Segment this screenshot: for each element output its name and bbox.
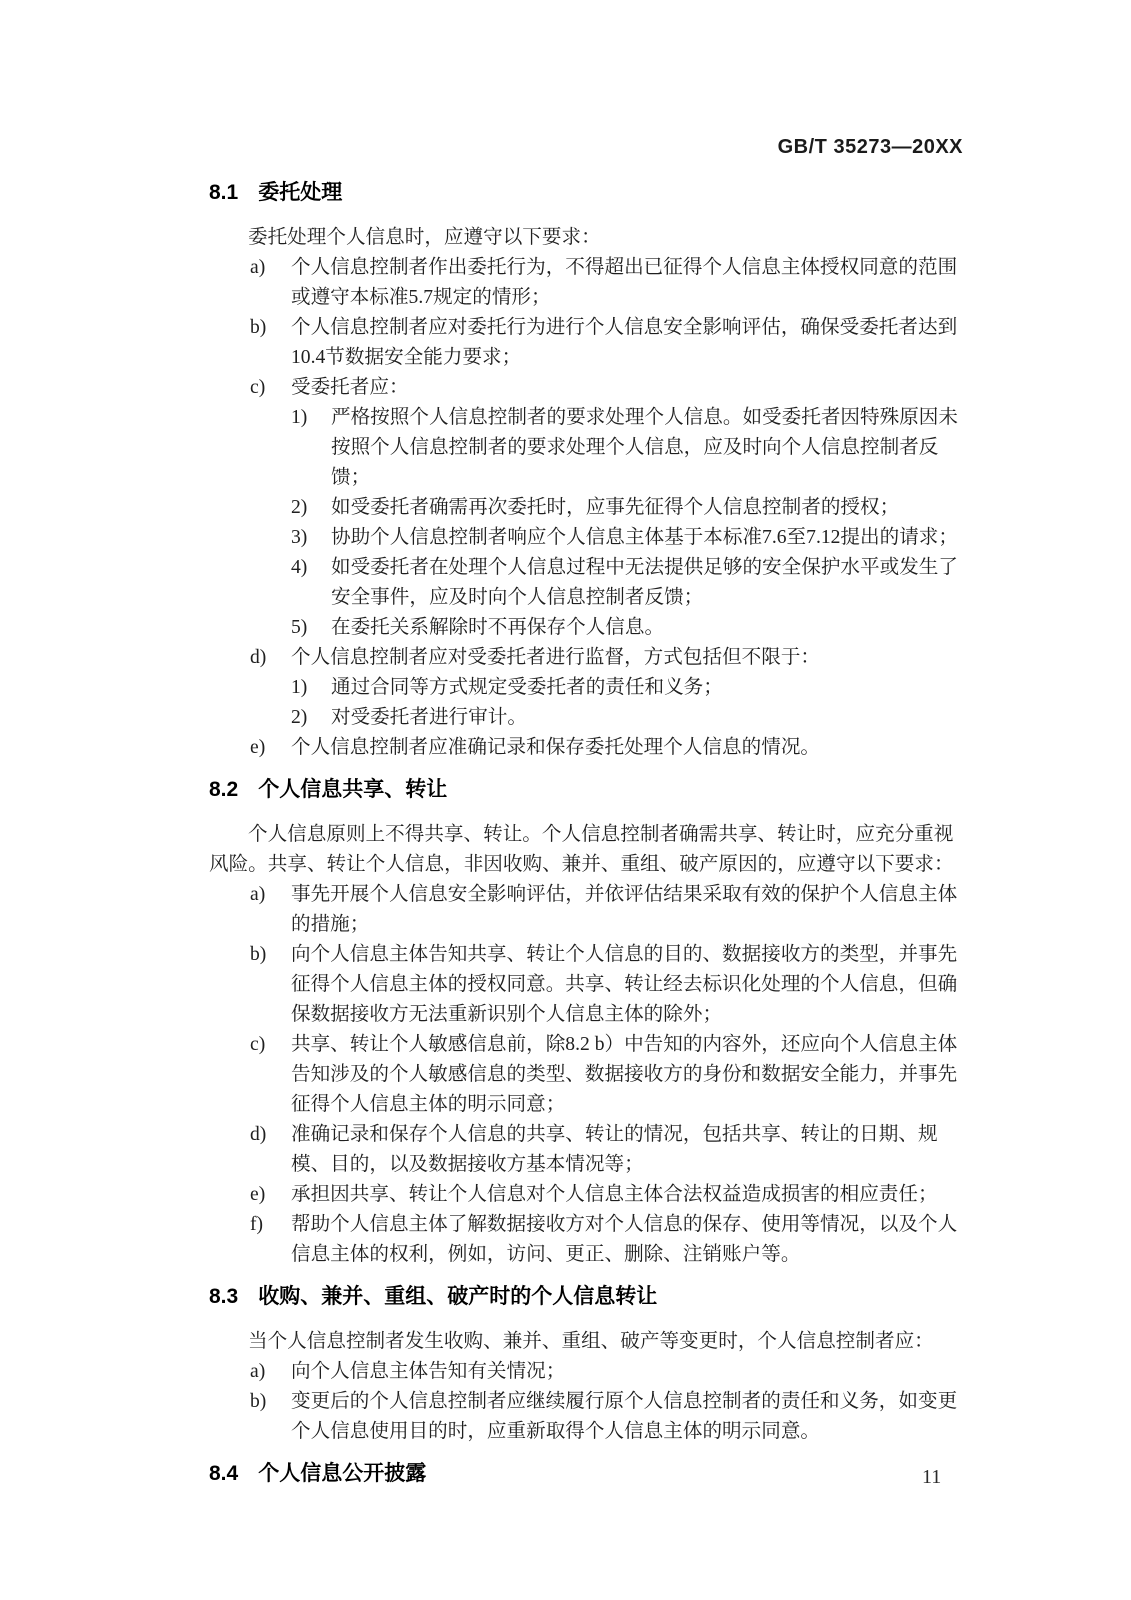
section-number: 8.2 bbox=[209, 775, 238, 805]
list-item-text: 向个人信息主体告知共享、转让个人信息的目的、数据接收方的类型，并事先征得个人信息… bbox=[291, 944, 957, 1025]
list-item-label: b) bbox=[250, 313, 266, 343]
list-item-label: c) bbox=[250, 373, 265, 403]
list-item: a) 向个人信息主体告知有关情况； bbox=[209, 1357, 962, 1387]
section-8-2: 8.2个人信息共享、转让 个人信息原则上不得共享、转让。个人信息控制者确需共享、… bbox=[209, 775, 962, 1270]
list-item: d) 准确记录和保存个人信息的共享、转让的情况，包括共享、转让的日期、规模、目的… bbox=[209, 1120, 962, 1180]
sub-list-item: 5) 在委托关系解除时不再保存个人信息。 bbox=[209, 613, 962, 643]
sub-list-item: 1) 通过合同等方式规定受委托者的责任和义务； bbox=[209, 673, 962, 703]
list-item-text: 承担因共享、转让个人信息对个人信息主体合法权益造成损害的相应责任； bbox=[291, 1184, 938, 1205]
sub-item-text: 如受委托者在处理个人信息过程中无法提供足够的安全保护水平或发生了安全事件，应及时… bbox=[331, 557, 958, 608]
list-item-label: c) bbox=[250, 1030, 265, 1060]
list-item: e) 承担因共享、转让个人信息对个人信息主体合法权益造成损害的相应责任； bbox=[209, 1180, 962, 1210]
section-8-4: 8.4个人信息公开披露 bbox=[209, 1459, 962, 1489]
sub-list-item: 3) 协助个人信息控制者响应个人信息主体基于本标准7.6至7.12提出的请求； bbox=[209, 523, 962, 553]
document-page: GB/T 35273—20XX 8.1委托处理 委托处理个人信息时，应遵守以下要… bbox=[0, 0, 1131, 1600]
section-8-1: 8.1委托处理 委托处理个人信息时，应遵守以下要求： a) 个人信息控制者作出委… bbox=[209, 178, 962, 763]
section-number: 8.3 bbox=[209, 1282, 238, 1312]
list-item-label: a) bbox=[250, 253, 265, 283]
sub-item-label: 2) bbox=[291, 703, 307, 733]
sub-list-item: 4) 如受委托者在处理个人信息过程中无法提供足够的安全保护水平或发生了安全事件，… bbox=[209, 553, 962, 613]
list-item-text: 个人信息控制者应对委托行为进行个人信息安全影响评估，确保受委托者达到10.4节数… bbox=[291, 317, 957, 368]
list-item: d) 个人信息控制者应对受委托者进行监督，方式包括但不限于： bbox=[209, 643, 962, 673]
section-heading: 8.4个人信息公开披露 bbox=[209, 1459, 962, 1489]
list-item-label: d) bbox=[250, 643, 266, 673]
section-heading: 8.1委托处理 bbox=[209, 178, 962, 208]
list-item-text: 帮助个人信息主体了解数据接收方对个人信息的保存、使用等情况，以及个人信息主体的权… bbox=[291, 1214, 957, 1265]
section-intro: 委托处理个人信息时，应遵守以下要求： bbox=[209, 223, 962, 253]
sub-item-label: 1) bbox=[291, 673, 307, 703]
sub-item-label: 3) bbox=[291, 523, 307, 553]
sub-item-label: 2) bbox=[291, 493, 307, 523]
list-item: c) 共享、转让个人敏感信息前，除8.2 b）中告知的内容外，还应向个人信息主体… bbox=[209, 1030, 962, 1120]
sub-item-label: 5) bbox=[291, 613, 307, 643]
sub-item-label: 1) bbox=[291, 403, 307, 433]
list-item-text: 受委托者应： bbox=[291, 377, 409, 398]
sub-list-item: 1) 严格按照个人信息控制者的要求处理个人信息。如受委托者因特殊原因未按照个人信… bbox=[209, 403, 962, 493]
list-item: f) 帮助个人信息主体了解数据接收方对个人信息的保存、使用等情况，以及个人信息主… bbox=[209, 1210, 962, 1270]
sub-list-item: 2) 如受委托者确需再次委托时，应事先征得个人信息控制者的授权； bbox=[209, 493, 962, 523]
list-item-text: 向个人信息主体告知有关情况； bbox=[291, 1361, 565, 1382]
list-item-text: 个人信息控制者应对受委托者进行监督，方式包括但不限于： bbox=[291, 647, 820, 668]
list-item-text: 共享、转让个人敏感信息前，除8.2 b）中告知的内容外，还应向个人信息主体告知涉… bbox=[291, 1034, 957, 1115]
list-item: a) 个人信息控制者作出委托行为，不得超出已征得个人信息主体授权同意的范围或遵守… bbox=[209, 253, 962, 313]
section-intro: 当个人信息控制者发生收购、兼并、重组、破产等变更时，个人信息控制者应： bbox=[209, 1327, 962, 1357]
list-item-text: 变更后的个人信息控制者应继续履行原个人信息控制者的责任和义务，如变更个人信息使用… bbox=[291, 1391, 957, 1442]
sub-item-text: 对受委托者进行审计。 bbox=[331, 707, 527, 728]
list-item-text: 个人信息控制者应准确记录和保存委托处理个人信息的情况。 bbox=[291, 737, 820, 758]
list-item: e) 个人信息控制者应准确记录和保存委托处理个人信息的情况。 bbox=[209, 733, 962, 763]
section-title: 收购、兼并、重组、破产时的个人信息转让 bbox=[258, 1285, 657, 1308]
section-title: 个人信息公开披露 bbox=[258, 1462, 426, 1485]
list-item-text: 个人信息控制者作出委托行为，不得超出已征得个人信息主体授权同意的范围或遵守本标准… bbox=[291, 257, 957, 308]
list-item-label: b) bbox=[250, 940, 266, 970]
section-number: 8.1 bbox=[209, 178, 238, 208]
list-item-text: 事先开展个人信息安全影响评估，并依评估结果采取有效的保护个人信息主体的措施； bbox=[291, 884, 957, 935]
section-number: 8.4 bbox=[209, 1459, 238, 1489]
sub-item-text: 通过合同等方式规定受委托者的责任和义务； bbox=[331, 677, 723, 698]
list-item-label: a) bbox=[250, 880, 265, 910]
list-item-label: b) bbox=[250, 1387, 266, 1417]
document-content: 8.1委托处理 委托处理个人信息时，应遵守以下要求： a) 个人信息控制者作出委… bbox=[209, 178, 962, 1504]
section-heading: 8.2个人信息共享、转让 bbox=[209, 775, 962, 805]
section-heading: 8.3收购、兼并、重组、破产时的个人信息转让 bbox=[209, 1282, 962, 1312]
section-title: 委托处理 bbox=[258, 181, 342, 204]
section-intro: 个人信息原则上不得共享、转让。个人信息控制者确需共享、转让时，应充分重视风险。共… bbox=[209, 820, 962, 880]
list-item: b) 变更后的个人信息控制者应继续履行原个人信息控制者的责任和义务，如变更个人信… bbox=[209, 1387, 962, 1447]
standard-code-header: GB/T 35273—20XX bbox=[778, 136, 963, 159]
sub-item-label: 4) bbox=[291, 553, 307, 583]
sub-item-text: 在委托关系解除时不再保存个人信息。 bbox=[331, 617, 664, 638]
list-item-label: a) bbox=[250, 1357, 265, 1387]
section-8-3: 8.3收购、兼并、重组、破产时的个人信息转让 当个人信息控制者发生收购、兼并、重… bbox=[209, 1282, 962, 1447]
list-item-label: e) bbox=[250, 1180, 265, 1210]
list-item-text: 准确记录和保存个人信息的共享、转让的情况，包括共享、转让的日期、规模、目的，以及… bbox=[291, 1124, 938, 1175]
list-item: a) 事先开展个人信息安全影响评估，并依评估结果采取有效的保护个人信息主体的措施… bbox=[209, 880, 962, 940]
list-item: b) 向个人信息主体告知共享、转让个人信息的目的、数据接收方的类型，并事先征得个… bbox=[209, 940, 962, 1030]
list-item-label: e) bbox=[250, 733, 265, 763]
sub-item-text: 严格按照个人信息控制者的要求处理个人信息。如受委托者因特殊原因未按照个人信息控制… bbox=[331, 407, 958, 488]
sub-list-item: 2) 对受委托者进行审计。 bbox=[209, 703, 962, 733]
sub-item-text: 协助个人信息控制者响应个人信息主体基于本标准7.6至7.12提出的请求； bbox=[331, 527, 958, 548]
sub-item-text: 如受委托者确需再次委托时，应事先征得个人信息控制者的授权； bbox=[331, 497, 899, 518]
list-item-label: d) bbox=[250, 1120, 266, 1150]
page-number: 11 bbox=[922, 1466, 941, 1489]
list-item: b) 个人信息控制者应对委托行为进行个人信息安全影响评估，确保受委托者达到10.… bbox=[209, 313, 962, 373]
list-item: c) 受委托者应： bbox=[209, 373, 962, 403]
list-item-label: f) bbox=[250, 1210, 263, 1240]
section-title: 个人信息共享、转让 bbox=[258, 778, 447, 801]
